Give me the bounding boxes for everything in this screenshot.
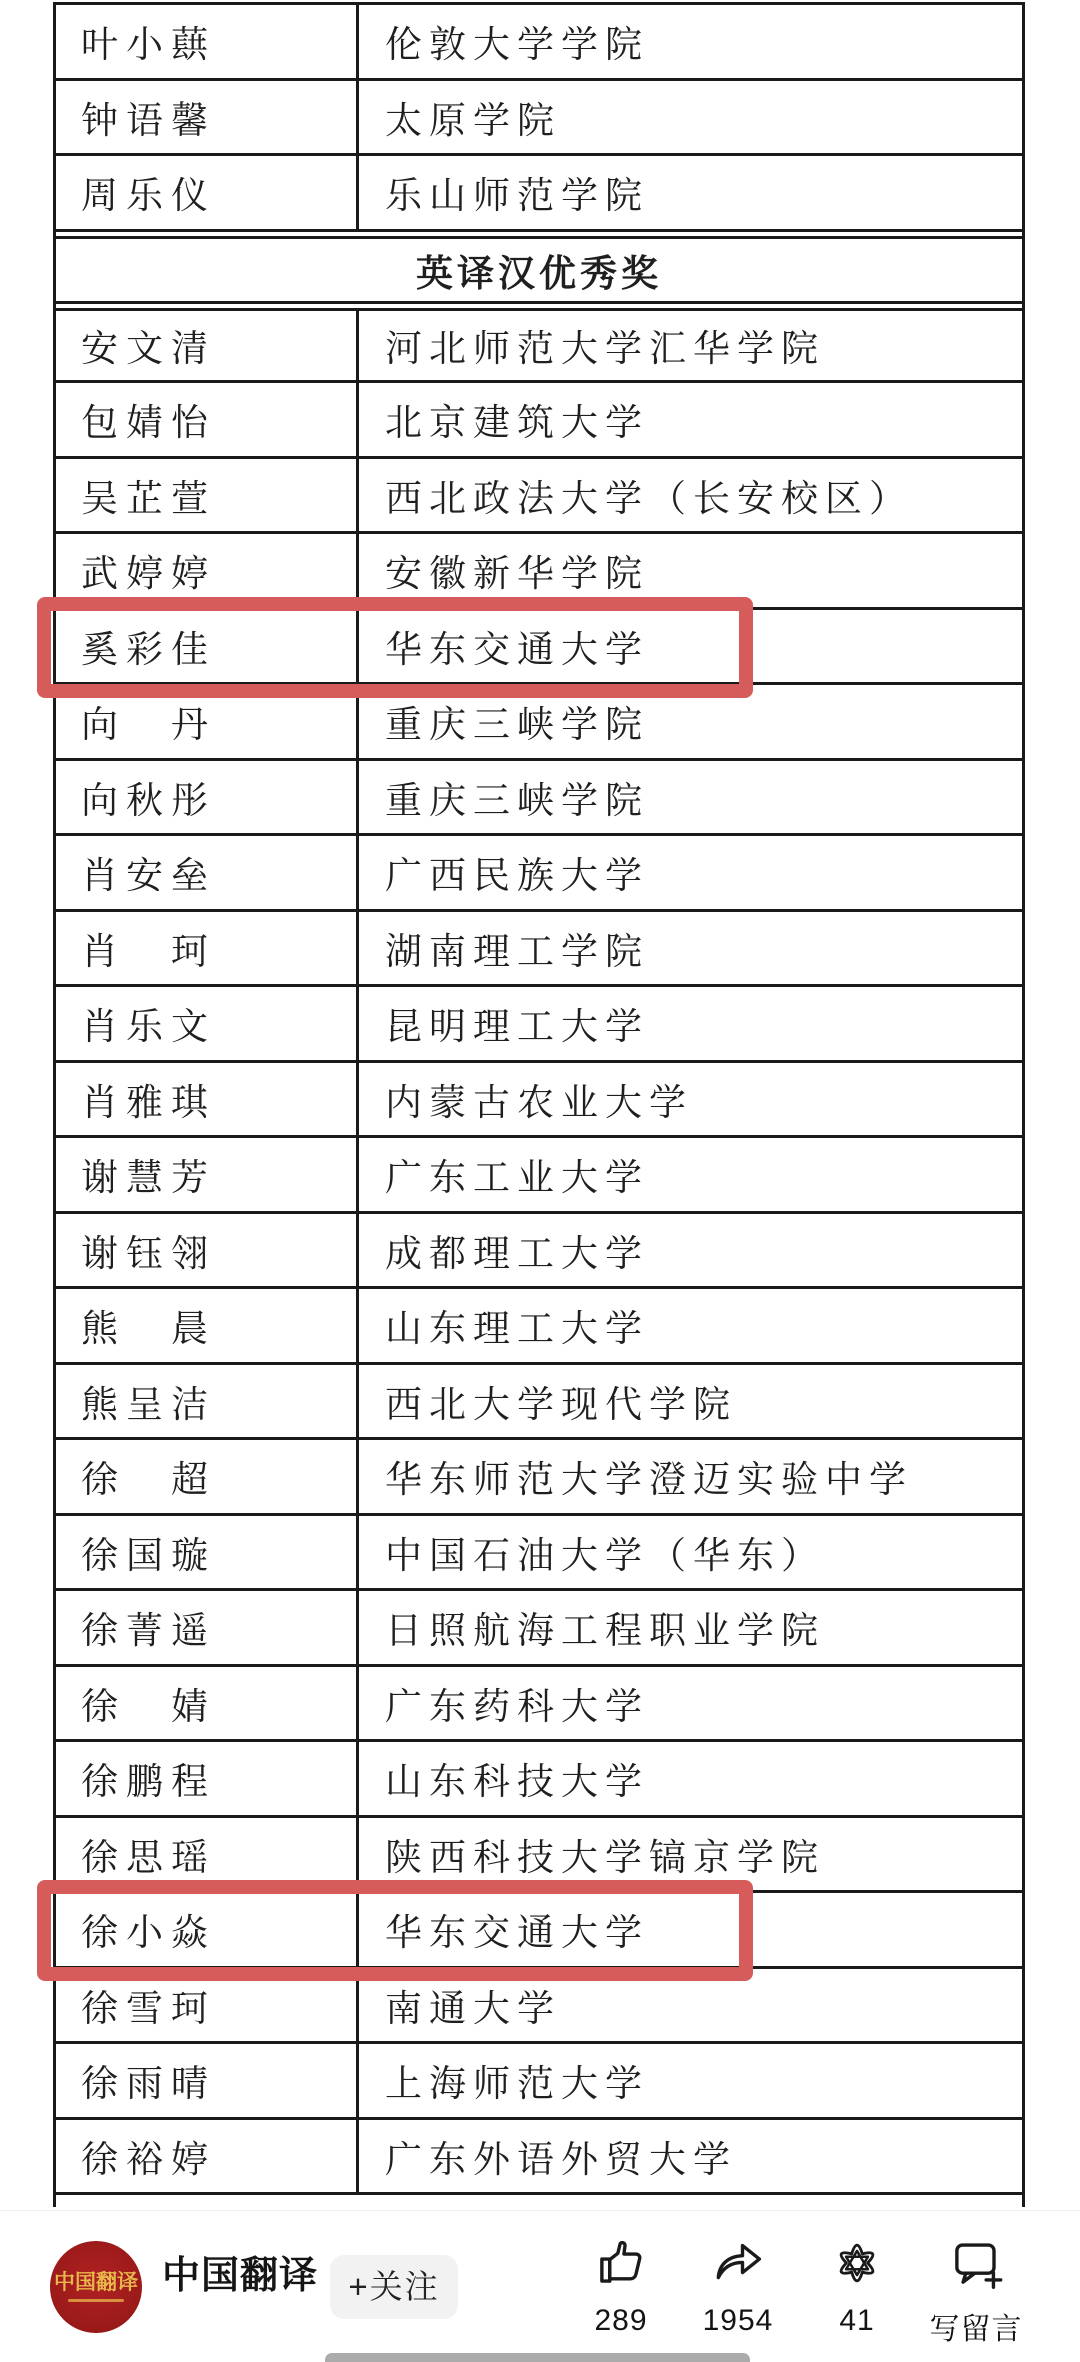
table-row: 徐 超华东师范大学澄迈实验中学 — [56, 1440, 1022, 1516]
school-cell: 成都理工大学 — [359, 1214, 1022, 1287]
footer-bar: 中国翻译 中国翻译 +关注 289 1954 — [0, 2210, 1080, 2362]
table-row: 徐鹏程山东科技大学 — [56, 1742, 1022, 1818]
table-row: 包婧怡北京建筑大学 — [56, 383, 1022, 459]
school-cell: 山东科技大学 — [359, 1742, 1022, 1815]
table-row: 肖乐文昆明理工大学 — [56, 987, 1022, 1063]
table-row: 肖 珂湖南理工学院 — [56, 912, 1022, 988]
partial-cut-row — [56, 2195, 1022, 2207]
avatar-logo-line — [68, 2299, 124, 2302]
school-cell: 华东交通大学 — [359, 610, 1022, 683]
school-cell: 上海师范大学 — [359, 2044, 1022, 2117]
section-header-row: 英译汉优秀奖 — [56, 236, 1022, 304]
winner-name-cell: 徐思瑶 — [56, 1818, 359, 1891]
table-row: 钟语馨太原学院 — [56, 81, 1022, 157]
table-row: 徐菁遥日照航海工程职业学院 — [56, 1591, 1022, 1667]
winner-name-cell: 徐雪珂 — [56, 1969, 359, 2042]
school-cell: 西北大学现代学院 — [359, 1365, 1022, 1438]
winner-name-cell: 向秋彤 — [56, 761, 359, 834]
winner-name-cell: 谢钰翎 — [56, 1214, 359, 1287]
winner-name-cell: 肖雅琪 — [56, 1063, 359, 1136]
wow-flower-icon — [830, 2235, 884, 2291]
table-row: 熊呈洁西北大学现代学院 — [56, 1365, 1022, 1441]
account-name[interactable]: 中国翻译 — [162, 2253, 318, 2299]
school-cell: 乐山师范学院 — [359, 156, 1022, 229]
winner-name-cell: 钟语馨 — [56, 81, 359, 154]
school-cell: 广东外语外贸大学 — [359, 2120, 1022, 2193]
school-cell: 河北师范大学汇华学院 — [359, 311, 1022, 381]
school-cell: 伦敦大学学院 — [359, 5, 1022, 78]
table-row: 徐国璇中国石油大学（华东） — [56, 1516, 1022, 1592]
follow-button[interactable]: +关注 — [330, 2255, 458, 2319]
like-action[interactable]: 289 — [566, 2235, 676, 2338]
share-count: 1954 — [703, 2304, 774, 2338]
winner-name-cell: 武婷婷 — [56, 534, 359, 607]
table-row: 向 丹重庆三峡学院 — [56, 685, 1022, 761]
winner-name-cell: 安文清 — [56, 311, 359, 381]
winner-name-cell: 徐鹏程 — [56, 1742, 359, 1815]
winner-name-cell: 向 丹 — [56, 685, 359, 758]
school-cell: 广东药科大学 — [359, 1667, 1022, 1740]
school-cell: 重庆三峡学院 — [359, 761, 1022, 834]
table-row: 徐小焱华东交通大学 — [56, 1893, 1022, 1969]
school-cell: 安徽新华学院 — [359, 534, 1022, 607]
school-cell: 昆明理工大学 — [359, 987, 1022, 1060]
winner-name-cell: 肖安垒 — [56, 836, 359, 909]
table-row: 徐 婧广东药科大学 — [56, 1667, 1022, 1743]
table-row: 谢慧芳广东工业大学 — [56, 1138, 1022, 1214]
school-cell: 日照航海工程职业学院 — [359, 1591, 1022, 1664]
table-row: 武婷婷安徽新华学院 — [56, 534, 1022, 610]
article-page: 叶小蕻伦敦大学学院钟语馨太原学院周乐仪乐山师范学院英译汉优秀奖安文清河北师范大学… — [0, 0, 1080, 2362]
school-cell: 广西民族大学 — [359, 836, 1022, 909]
comment-label: 写留言 — [930, 2304, 1023, 2348]
winner-name-cell: 周乐仪 — [56, 156, 359, 229]
winner-name-cell: 熊呈洁 — [56, 1365, 359, 1438]
school-cell: 中国石油大学（华东） — [359, 1516, 1022, 1589]
winner-name-cell: 吴芷萱 — [56, 459, 359, 532]
table-row: 奚彩佳华东交通大学 — [56, 610, 1022, 686]
winner-name-cell: 谢慧芳 — [56, 1138, 359, 1211]
winner-name-cell: 徐雨晴 — [56, 2044, 359, 2117]
wow-count: 41 — [839, 2304, 874, 2338]
table-row: 徐裕婷广东外语外贸大学 — [56, 2120, 1022, 2196]
school-cell: 广东工业大学 — [359, 1138, 1022, 1211]
table-row: 周乐仪乐山师范学院 — [56, 156, 1022, 232]
table-row: 安文清河北师范大学汇华学院 — [56, 308, 1022, 384]
winner-name-cell: 肖 珂 — [56, 912, 359, 985]
comment-action[interactable]: 写留言 — [921, 2235, 1031, 2348]
table-row: 肖安垒广西民族大学 — [56, 836, 1022, 912]
table-row: 肖雅琪内蒙古农业大学 — [56, 1063, 1022, 1139]
school-cell: 陕西科技大学镐京学院 — [359, 1818, 1022, 1891]
account-avatar[interactable]: 中国翻译 — [50, 2241, 142, 2333]
table-row: 吴芷萱西北政法大学（长安校区） — [56, 459, 1022, 535]
winner-name-cell: 奚彩佳 — [56, 610, 359, 683]
winner-name-cell: 徐国璇 — [56, 1516, 359, 1589]
table-row: 谢钰翎成都理工大学 — [56, 1214, 1022, 1290]
table-row: 徐雨晴上海师范大学 — [56, 2044, 1022, 2120]
wow-action[interactable]: 41 — [802, 2235, 912, 2338]
school-cell: 湖南理工学院 — [359, 912, 1022, 985]
home-indicator-bar — [325, 2353, 750, 2362]
table-row: 叶小蕻伦敦大学学院 — [56, 5, 1022, 81]
table-row: 徐思瑶陕西科技大学镐京学院 — [56, 1818, 1022, 1894]
winner-name-cell: 徐菁遥 — [56, 1591, 359, 1664]
winner-name-cell: 肖乐文 — [56, 987, 359, 1060]
school-cell: 西北政法大学（长安校区） — [359, 459, 1022, 532]
winner-name-cell: 徐 婧 — [56, 1667, 359, 1740]
thumbs-up-icon — [594, 2235, 648, 2291]
table-row: 熊 晨山东理工大学 — [56, 1289, 1022, 1365]
comment-plus-icon — [949, 2235, 1003, 2291]
winner-name-cell: 徐小焱 — [56, 1893, 359, 1966]
winner-name-cell: 叶小蕻 — [56, 5, 359, 78]
share-action[interactable]: 1954 — [683, 2235, 793, 2338]
school-cell: 重庆三峡学院 — [359, 685, 1022, 758]
avatar-logo-text: 中国翻译 — [54, 2272, 138, 2294]
school-cell: 北京建筑大学 — [359, 383, 1022, 456]
winner-name-cell: 包婧怡 — [56, 383, 359, 456]
table-row: 向秋彤重庆三峡学院 — [56, 761, 1022, 837]
like-count: 289 — [594, 2304, 647, 2338]
school-cell: 山东理工大学 — [359, 1289, 1022, 1362]
winner-name-cell: 徐 超 — [56, 1440, 359, 1513]
school-cell: 内蒙古农业大学 — [359, 1063, 1022, 1136]
school-cell: 华东师范大学澄迈实验中学 — [359, 1440, 1022, 1513]
share-arrow-icon — [711, 2235, 765, 2291]
school-cell: 华东交通大学 — [359, 1893, 1022, 1966]
winner-name-cell: 熊 晨 — [56, 1289, 359, 1362]
winner-name-cell: 徐裕婷 — [56, 2120, 359, 2193]
award-table: 叶小蕻伦敦大学学院钟语馨太原学院周乐仪乐山师范学院英译汉优秀奖安文清河北师范大学… — [53, 2, 1025, 2207]
school-cell: 太原学院 — [359, 81, 1022, 154]
school-cell: 南通大学 — [359, 1969, 1022, 2042]
table-row: 徐雪珂南通大学 — [56, 1969, 1022, 2045]
